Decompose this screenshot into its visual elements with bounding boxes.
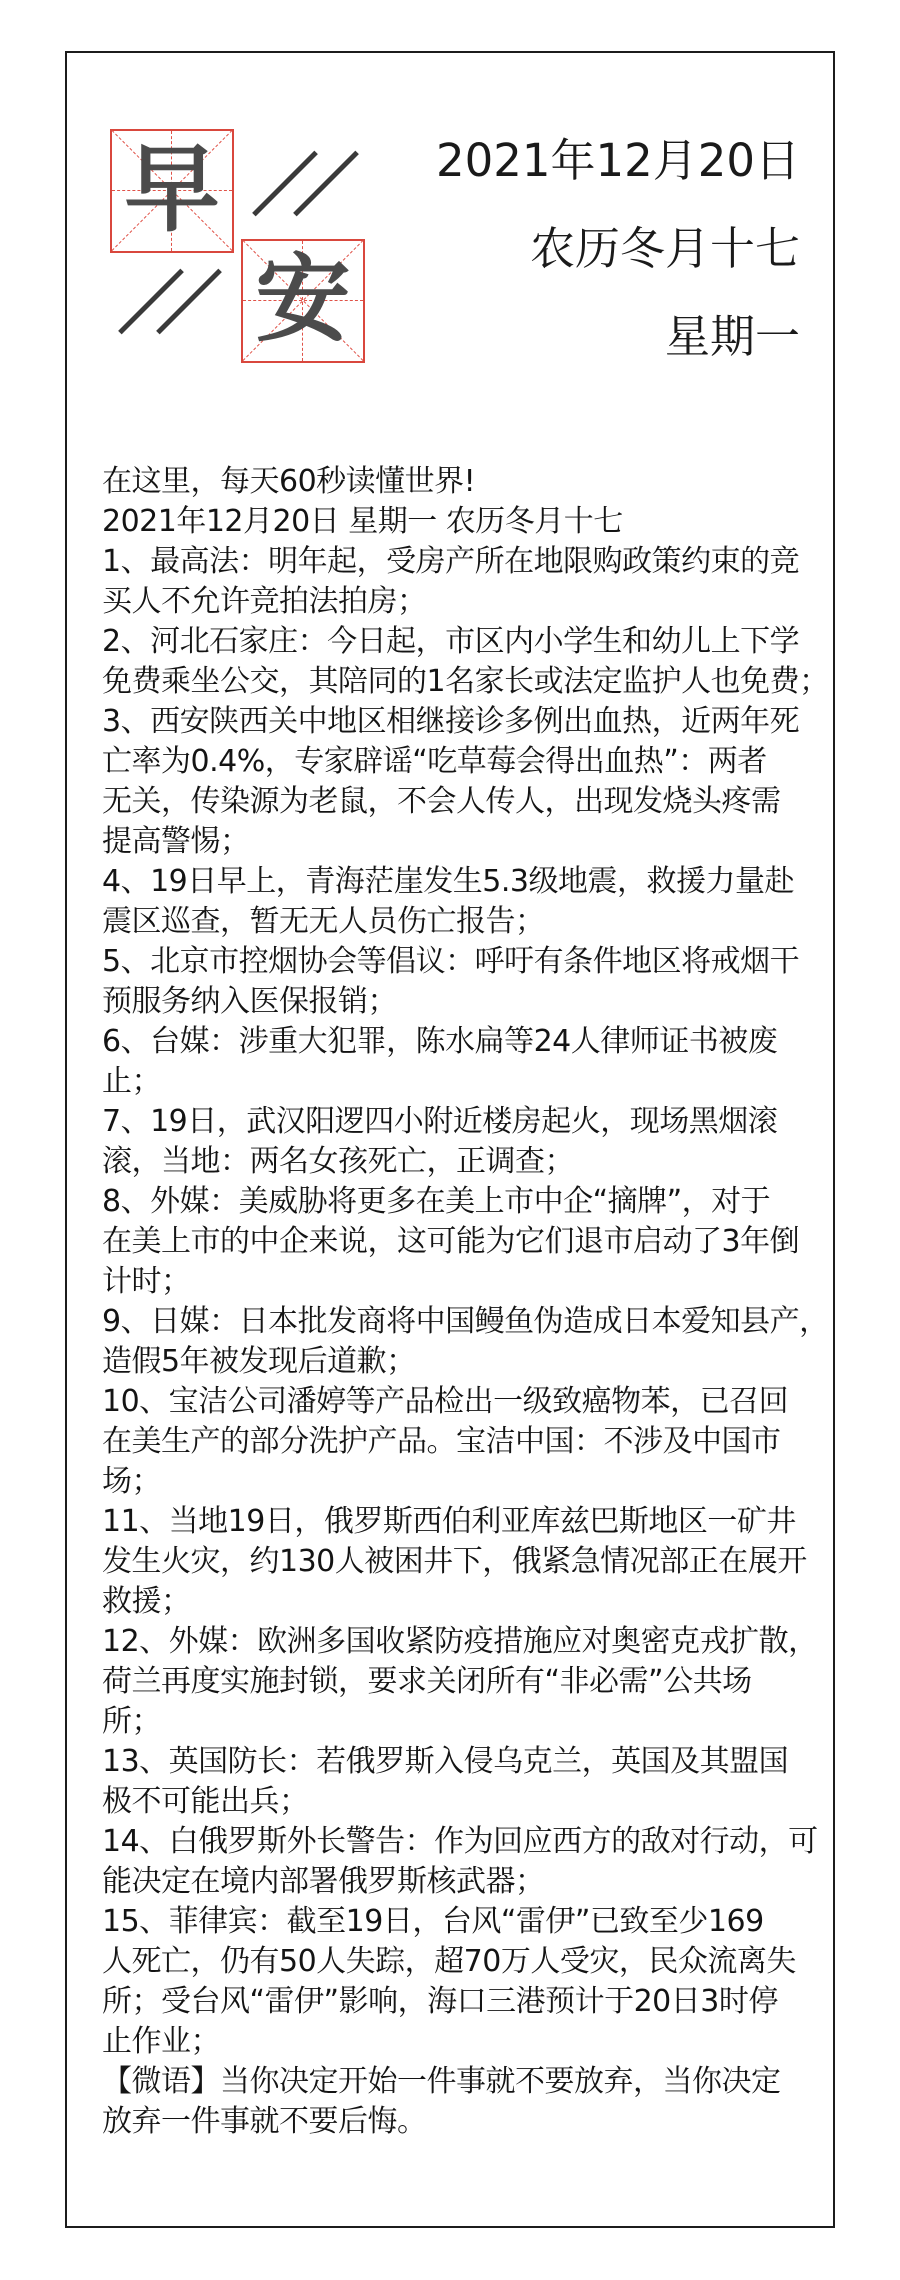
- logo-char-an: 安: [243, 241, 363, 361]
- slash-mark-icon: [156, 269, 222, 335]
- body-line: 救援；: [102, 1582, 812, 1622]
- body-line: 3、西安陕西关中地区相继接诊多例出血热，近两年死: [102, 702, 812, 742]
- morning-news-poster: 早 安 2021年12月20日 农历冬月十七 星期一 在这里，每天60秒读懂世界…: [0, 0, 900, 2280]
- body-line: 放弃一件事就不要后悔。: [102, 2102, 812, 2142]
- body-line: 买人不允许竞拍法拍房；: [102, 582, 812, 622]
- body-line: 止作业；: [102, 2022, 812, 2062]
- body-line: 计时；: [102, 1262, 812, 1302]
- body-line: 滚，当地：两名女孩死亡，正调查；: [102, 1142, 812, 1182]
- body-line: 在美上市的中企来说，这可能为它们退市启动了3年倒: [102, 1222, 812, 1262]
- mizige-box-an: 安: [241, 239, 365, 363]
- body-line: 场；: [102, 1462, 812, 1502]
- slash-mark-icon: [118, 269, 184, 335]
- body-line: 荷兰再度实施封锁，要求关闭所有“非必需”公共场: [102, 1662, 812, 1702]
- content-card: 早 安 2021年12月20日 农历冬月十七 星期一 在这里，每天60秒读懂世界…: [65, 51, 835, 2228]
- body-line: 造假5年被发现后道歉；: [102, 1342, 812, 1382]
- body-line: 4、19日早上，青海茫崖发生5.3级地震，救援力量赴: [102, 862, 812, 902]
- body-line: 【微语】当你决定开始一件事就不要放弃，当你决定: [102, 2062, 812, 2102]
- body-line: 预服务纳入医保报销；: [102, 982, 812, 1022]
- body-line: 11、当地19日，俄罗斯西伯利亚库兹巴斯地区一矿井: [102, 1502, 812, 1542]
- lunar-date: 农历冬月十七: [436, 205, 800, 293]
- body-line: 极不可能出兵；: [102, 1782, 812, 1822]
- body-line: 所；受台风“雷伊”影响，海口三港预计于20日3时停: [102, 1982, 812, 2022]
- body-line: 6、台媒：涉重大犯罪，陈水扁等24人律师证书被废: [102, 1022, 812, 1062]
- gregorian-date: 2021年12月20日: [436, 117, 800, 205]
- body-line: 所；: [102, 1702, 812, 1742]
- body-line: 免费乘坐公交，其陪同的1名家长或法定监护人也免费；: [102, 662, 812, 702]
- body-line: 14、白俄罗斯外长警告：作为回应西方的敌对行动，可: [102, 1822, 812, 1862]
- body-line: 在这里，每天60秒读懂世界!: [102, 462, 812, 502]
- body-line: 人死亡，仍有50人失踪，超70万人受灾，民众流离失: [102, 1942, 812, 1982]
- body-line: 5、北京市控烟协会等倡议：呼吁有条件地区将戒烟干: [102, 942, 812, 982]
- body-line: 止；: [102, 1062, 812, 1102]
- body-line: 15、菲律宾：截至19日，台风“雷伊”已致至少169: [102, 1902, 812, 1942]
- body-line: 8、外媒：美威胁将更多在美上市中企“摘牌”，对于: [102, 1182, 812, 1222]
- news-body: 在这里，每天60秒读懂世界! 2021年12月20日 星期一 农历冬月十七 1、…: [102, 462, 812, 2142]
- body-line: 7、19日，武汉阳逻四小附近楼房起火，现场黑烟滚: [102, 1102, 812, 1142]
- slash-mark-icon: [252, 151, 318, 217]
- body-line: 9、日媒：日本批发商将中国鳗鱼伪造成日本爱知县产，: [102, 1302, 812, 1342]
- body-line: 发生火灾，约130人被困井下，俄紧急情况部正在展开: [102, 1542, 812, 1582]
- body-line: 10、宝洁公司潘婷等产品检出一级致癌物苯，已召回: [102, 1382, 812, 1422]
- body-line: 2、河北石家庄：今日起，市区内小学生和幼儿上下学: [102, 622, 812, 662]
- body-line: 提高警惕；: [102, 822, 812, 862]
- body-line: 在美生产的部分洗护产品。宝洁中国：不涉及中国市: [102, 1422, 812, 1462]
- header-date-block: 2021年12月20日 农历冬月十七 星期一: [436, 117, 800, 381]
- weekday: 星期一: [436, 293, 800, 381]
- body-line: 13、英国防长：若俄罗斯入侵乌克兰，英国及其盟国: [102, 1742, 812, 1782]
- body-line: 能决定在境内部署俄罗斯核武器；: [102, 1862, 812, 1902]
- body-line: 12、外媒：欧洲多国收紧防疫措施应对奥密克戎扩散，: [102, 1622, 812, 1662]
- body-line: 亡率为0.4%，专家辟谣“吃草莓会得出血热”：两者: [102, 742, 812, 782]
- body-line: 2021年12月20日 星期一 农历冬月十七: [102, 502, 812, 542]
- mizige-box-zao: 早: [110, 129, 234, 253]
- body-line: 无关，传染源为老鼠，不会人传人，出现发烧头疼需: [102, 782, 812, 822]
- logo-char-zao: 早: [112, 131, 232, 251]
- body-line: 1、最高法：明年起，受房产所在地限购政策约束的竞: [102, 542, 812, 582]
- body-line: 震区巡查，暂无无人员伤亡报告；: [102, 902, 812, 942]
